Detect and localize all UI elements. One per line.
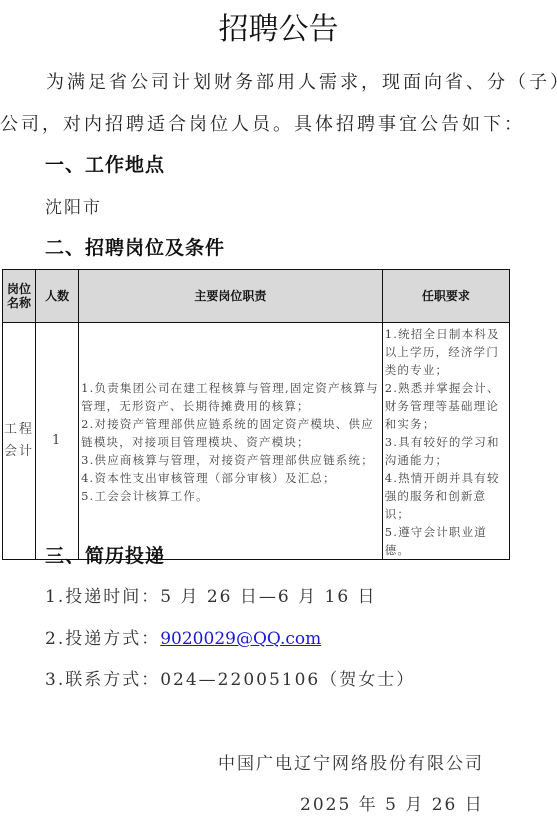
submission-method: 2.投递方式：9020029@QQ.com [45,627,321,651]
header-position-name: 岗位 名称 [3,270,36,323]
section-heading-location: 一、工作地点 [45,152,165,178]
duty-item: 2.对接资产管理部供应链系统的固定资产模块、供应链模块，对接项目管理模块、资产模… [81,415,381,451]
submission-time-label: 1.投递时间： [45,587,160,607]
requirement-item: 2.熟悉并掌握会计、财务管理等基础理论和实务； [385,379,508,433]
requirements-list: 1.统招全日制本科及以上学历，经济学门类的专业； 2.熟悉并掌握会计、财务管理等… [383,323,509,559]
requirements-cell: 1.统招全日制本科及以上学历，经济学门类的专业； 2.熟悉并掌握会计、财务管理等… [382,323,509,560]
intro-line-1: 为满足省公司计划财务部用人需求，现面向省、分（子） [46,70,557,96]
duty-item: 5.工会会计核算工作。 [81,487,381,505]
duty-item: 4.资本性支出审核管理（部分审核）及汇总； [81,469,381,487]
table-header-row: 岗位 名称 人数 主要岗位职责 任职要求 [3,270,510,323]
duties-list: 1.负责集团公司在建工程核算与管理,固定资产核算与管理，无形资产、长期待摊费用的… [79,377,382,505]
requirement-item: 5.遵守会计职业道德。 [385,523,508,559]
submission-time: 1.投递时间：5 月 26 日—6 月 16 日 [45,585,377,609]
requirement-item: 3.具有较好的学习和沟通能力； [385,433,508,469]
duties-cell: 1.负责集团公司在建工程核算与管理,固定资产核算与管理，无形资产、长期待摊费用的… [79,323,383,560]
position-name-line2: 会计 [3,441,35,463]
section-heading-positions: 二、招聘岗位及条件 [45,235,225,261]
requirement-item: 1.统招全日制本科及以上学历，经济学门类的专业； [385,325,508,379]
submission-time-value: 5 月 26 日—6 月 16 日 [160,587,376,607]
contact-info: 3.联系方式：024—22005106（贺女士） [45,668,415,692]
position-name-cell: 工程 会计 [3,323,36,560]
signature-date: 2025 年 5 月 26 日 [300,793,484,817]
header-position-name-line2: 名称 [3,296,35,310]
page-title: 招聘公告 [0,10,557,50]
contact-label: 3.联系方式： [45,670,160,690]
intro-line-2: 公司，对内招聘适合岗位人员。具体招聘事宜公告如下： [0,112,525,138]
requirement-item: 4.热情开朗并具有较强的服务和创新意识； [385,469,508,523]
header-position-name-line1: 岗位 [3,282,35,296]
contact-value: 024—22005106（贺女士） [160,670,415,690]
duty-item: 1.负责集团公司在建工程核算与管理,固定资产核算与管理，无形资产、长期待摊费用的… [81,379,381,415]
table-row: 工程 会计 1 1.负责集团公司在建工程核算与管理,固定资产核算与管理，无形资产… [3,323,510,560]
header-requirements: 任职要求 [382,270,509,323]
company-signature: 中国广电辽宁网络股份有限公司 [218,752,484,776]
work-location: 沈阳市 [45,196,102,220]
duty-item: 3.供应商核算与管理，对接资产管理部供应链系统； [81,451,381,469]
position-name-line1: 工程 [3,419,35,441]
email-link[interactable]: 9020029@QQ.com [160,629,321,649]
header-count: 人数 [36,270,79,323]
section-heading-submission: 三、简历投递 [45,543,165,569]
submission-method-label: 2.投递方式： [45,629,160,649]
headcount-cell: 1 [36,323,79,560]
positions-table: 岗位 名称 人数 主要岗位职责 任职要求 工程 会计 1 1.负责集团公司在建工… [2,269,510,560]
header-duties: 主要岗位职责 [79,270,383,323]
